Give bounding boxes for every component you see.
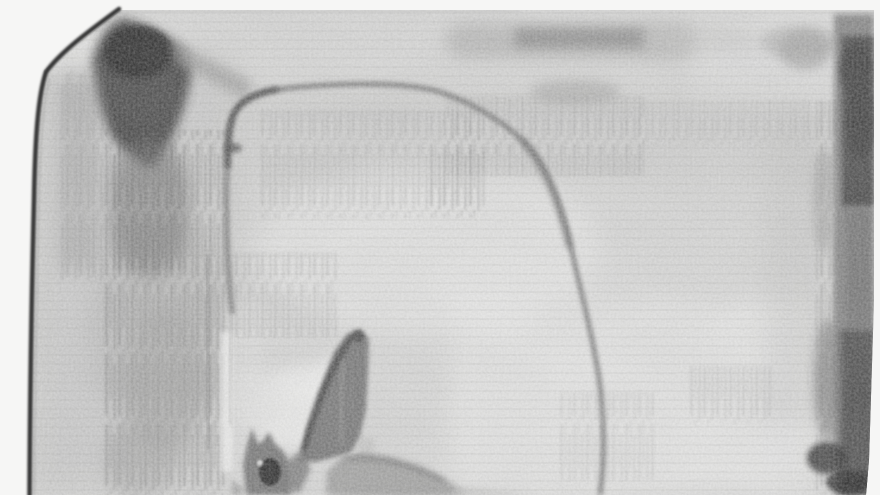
plate-edge-top-line: [122, 11, 520, 12]
plate-area: [0, 0, 880, 495]
grain-overlay: [29, 10, 874, 495]
etching-print: Antique etching print — blurry grayscale…: [0, 0, 880, 495]
etching-scan: Antique etching print — blurry grayscale…: [0, 0, 880, 495]
